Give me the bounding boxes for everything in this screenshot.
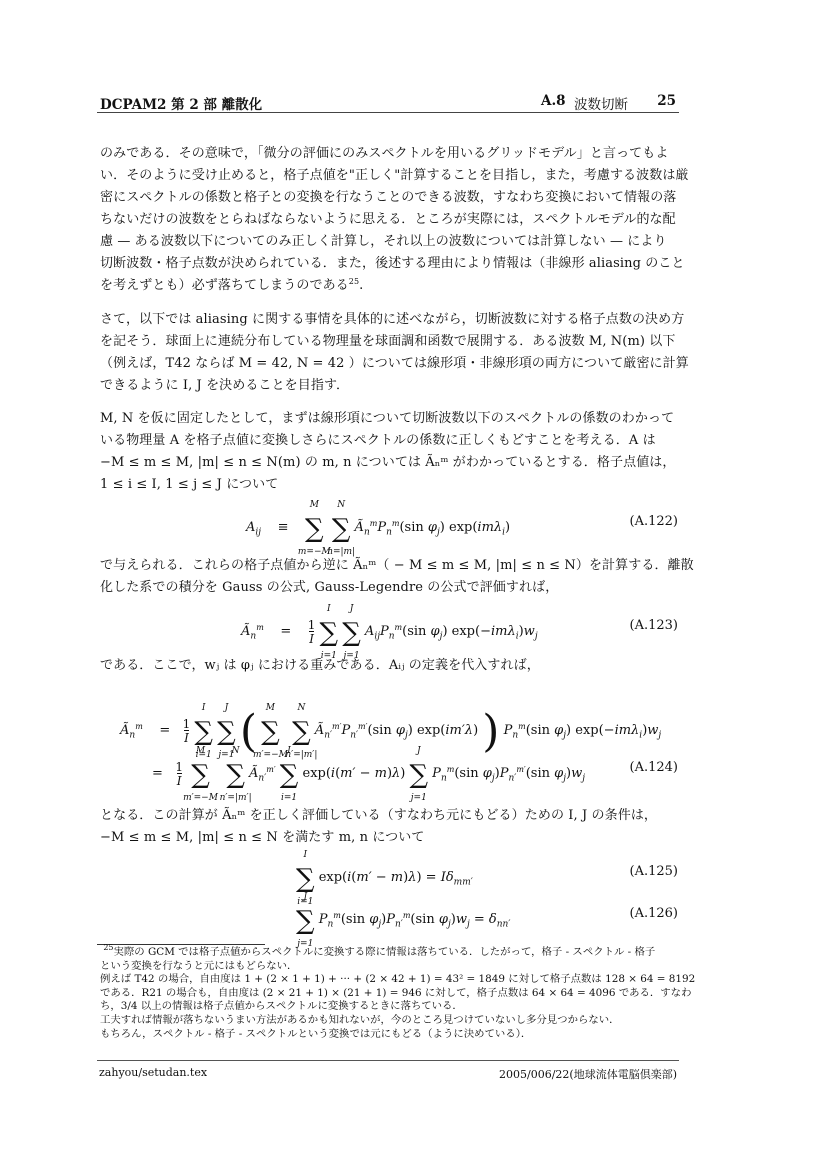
footnote-reference[interactable]: 25: [349, 277, 359, 286]
equation-a123: Ãnm = 1I ∑Ii=1 ∑Jj=1 AijPnm(sin φj) exp(…: [100, 606, 680, 654]
sum-symbol: ∑Jj=1: [342, 618, 361, 648]
sum-symbol: ∑Nn=|m|: [332, 514, 351, 544]
paragraph-3: M, N を仮に固定したとして，まずは線形項について切断波数以下のスペクトルの係…: [100, 408, 680, 496]
text-line: い．そのように受け止めると，格子点値を"正しく"計算することを目指し，また，考慮…: [100, 165, 680, 187]
text-line: ちないだけの波数をとらねばならないように思える．ところが実際には，スペクトルモデ…: [100, 209, 680, 231]
text-line: 慮 — ある波数以下についてのみ正しく計算し，それ以上の波数については計算しない…: [100, 231, 680, 253]
sum-symbol: ∑Nn′=|m′|: [292, 717, 311, 747]
footnote-line: 25実際の GCM では格子点値からスペクトルに変換する際に情報は落ちている．し…: [100, 946, 680, 960]
header-part-title: DCPAM2 第 2 部 離散化: [100, 93, 262, 113]
fraction-1-over-I: 1I: [175, 760, 183, 788]
text-line: いる物理量 A を格子点値に変換しさらにスペクトルの係数に正しくもどすことを考え…: [100, 430, 680, 452]
footer-date-org: 2005/006/22(地球流体電脳倶楽部): [499, 1066, 677, 1082]
equation-a126: ∑Jj=1 Pnm(sin φj)Pn′m(sin φj)wj = δnn′ (…: [100, 892, 680, 936]
text-line: で与えられる．これらの格子点値から逆に Ãₙᵐ（ − M ≤ m ≤ M, |m…: [100, 555, 680, 577]
paragraph-after-a123: である．ここで，wⱼ は φⱼ における重みである．Aᵢⱼ の定義を代入すれば，: [100, 655, 680, 677]
paragraph-after-a122: で与えられる．これらの格子点値から逆に Ãₙᵐ（ − M ≤ m ≤ M, |m…: [100, 555, 680, 599]
equation-body: ∑Ii=1 exp(i(m′ − m)λ) = Iδmm′: [296, 864, 473, 894]
text-line: M, N を仮に固定したとして，まずは線形項について切断波数以下のスペクトルの係…: [100, 408, 680, 430]
footnote-line: という変換を行なうと元にはもどらない．: [100, 960, 680, 974]
text-line: 1 ≤ i ≤ I, 1 ≤ j ≤ J について: [100, 474, 680, 496]
eq-operator: ≡: [278, 520, 289, 535]
page-number: 25: [657, 93, 676, 109]
text-line: 密にスペクトルの係数と格子との変換を行なうことのできる波数，すなわち変換において…: [100, 187, 680, 209]
equation-body: Ãnm = 1I ∑Ii=1 ∑Jj=1 AijPnm(sin φj) exp(…: [241, 618, 538, 648]
running-header: DCPAM2 第 2 部 離散化 A.8 波数切断 25: [97, 92, 679, 113]
text-line: −M ≤ m ≤ M, |m| ≤ n ≤ N(m) の m, n については …: [100, 452, 680, 474]
equation-number: (A.126): [630, 906, 678, 921]
sum-symbol: ∑Mm′=−M: [261, 717, 280, 747]
text-fragment: を考えずとも）必ず落ちてしまうのである: [100, 278, 349, 293]
footnote-line: である．R21 の場合も，自由度は (2 × 21 + 1) × (21 + 1…: [100, 987, 680, 1001]
text-line: 化した系での積分を Gauss の公式, Gauss-Legendre の公式で…: [100, 577, 680, 599]
equation-number: (A.123): [630, 618, 678, 633]
text-line: となる．この計算が Ãₙᵐ を正しく評価している（すなわち元にもどる）ための I…: [100, 805, 680, 827]
equation-number: (A.124): [630, 760, 678, 775]
text-line: さて，以下では aliasing に関する事情を具体的に述べながら，切断波数に対…: [100, 309, 680, 331]
equation-number: (A.125): [630, 864, 678, 879]
equation-a125: ∑Ii=1 exp(i(m′ − m)λ) = Iδmm′ (A.125): [100, 850, 680, 894]
text-line: −M ≤ m ≤ M, |m| ≤ n ≤ N を満たす m, n について: [100, 827, 680, 849]
equation-body: ∑Jj=1 Pnm(sin φj)Pn′m(sin φj)wj = δnn′: [296, 906, 510, 936]
sum-symbol: ∑Jj=1: [217, 717, 236, 747]
header-section-number: A.8: [541, 93, 566, 109]
paragraph-after-a124: となる．この計算が Ãₙᵐ を正しく評価している（すなわち元にもどる）ための I…: [100, 805, 680, 849]
sum-symbol: ∑Ii=1: [320, 618, 339, 648]
equation-a122: Aij ≡ ∑Mm=−M ∑Nn=|m| ÃnmPnm(sin φj) exp(…: [100, 502, 680, 550]
text-line: を考えずとも）必ず落ちてしまうのである25.: [100, 275, 680, 297]
text-line: のみである．その意味で，「微分の評価にのみスペクトルを用いるグリッドモデル」と言…: [100, 143, 680, 165]
eq-operator: =: [280, 624, 291, 639]
sum-symbol: ∑Ii=1: [194, 717, 213, 747]
sum-symbol: ∑Ii=1: [280, 760, 299, 790]
text-line: （例えば，T42 ならば M = 42, N = 42 ）については線形項・非線…: [100, 353, 680, 375]
footnote-line: ち，3/4 以上の情報は格子点値からスペクトルに変換するときに落ちている．: [100, 1000, 680, 1014]
footnote-rule: [97, 944, 265, 945]
text-fragment: 実際の GCM では格子点値からスペクトルに変換する際に情報は落ちている．したが…: [114, 946, 656, 958]
equation-a124-line2: = 1I ∑Mm′=−M ∑Nn′=|m′| Ãn′m′ ∑Ii=1 exp(i…: [100, 746, 680, 802]
eq-operator: =: [152, 766, 163, 781]
paragraph-1: のみである．その意味で，「微分の評価にのみスペクトルを用いるグリッドモデル」と言…: [100, 143, 680, 297]
footnote-25: 25実際の GCM では格子点値からスペクトルに変換する際に情報は落ちている．し…: [100, 946, 680, 1041]
sum-symbol: ∑Mm′=−M: [191, 760, 210, 790]
equation-a124-line1: Ãnm = 1I ∑Ii=1 ∑Jj=1 ( ∑Mm′=−M ∑Nn′=|m′|…: [100, 690, 680, 746]
footnote-line: 例えば T42 の場合，自由度は 1 + (2 × 1 + 1) + ··· +…: [100, 973, 680, 987]
sum-symbol: ∑Ii=1: [296, 864, 315, 894]
footnote-line: もちろん，スペクトル - 格子 - スペクトルという変換では元にもどる（ように決…: [100, 1028, 680, 1042]
footer-filename: zahyou/setudan.tex: [99, 1066, 207, 1079]
text-line: を記そう．球面上に連続分布している物理量を球面調和函数で展開する．ある波数 M,…: [100, 331, 680, 353]
fraction-1-over-I: 1I: [308, 618, 316, 646]
eq-lhs: Aij: [246, 520, 261, 535]
text-line: 切断波数・格子点数が決められている．また，後述する理由により情報は（非線形 al…: [100, 253, 680, 275]
text-line: である．ここで，wⱼ は φⱼ における重みである．Aᵢⱼ の定義を代入すれば，: [100, 655, 680, 677]
header-section-title: 波数切断: [574, 93, 628, 113]
footnote-line: 工夫すれば情報が落ちないうまい方法があるかも知れないが，今のところ見つけていない…: [100, 1014, 680, 1028]
document-page: DCPAM2 第 2 部 離散化 A.8 波数切断 25 のみである．その意味で…: [0, 0, 826, 1169]
equation-body: = 1I ∑Mm′=−M ∑Nn′=|m′| Ãn′m′ ∑Ii=1 exp(i…: [152, 760, 585, 790]
fraction-1-over-I: 1I: [183, 717, 191, 745]
sum-symbol: ∑Mm=−M: [305, 514, 324, 544]
eq-operator: =: [159, 723, 170, 738]
text-line: できるように I, J を決めることを目指す．: [100, 375, 680, 397]
equation-number: (A.122): [630, 514, 678, 529]
running-footer: zahyou/setudan.tex 2005/006/22(地球流体電脳倶楽部…: [97, 1060, 679, 1083]
sum-symbol: ∑Jj=1: [409, 760, 428, 790]
equation-body: Aij ≡ ∑Mm=−M ∑Nn=|m| ÃnmPnm(sin φj) exp(…: [246, 514, 510, 544]
sum-symbol: ∑Nn′=|m′|: [226, 760, 245, 790]
paragraph-2: さて，以下では aliasing に関する事情を具体的に述べながら，切断波数に対…: [100, 309, 680, 397]
footnote-mark: 25: [103, 943, 113, 952]
sum-symbol: ∑Jj=1: [296, 906, 315, 936]
